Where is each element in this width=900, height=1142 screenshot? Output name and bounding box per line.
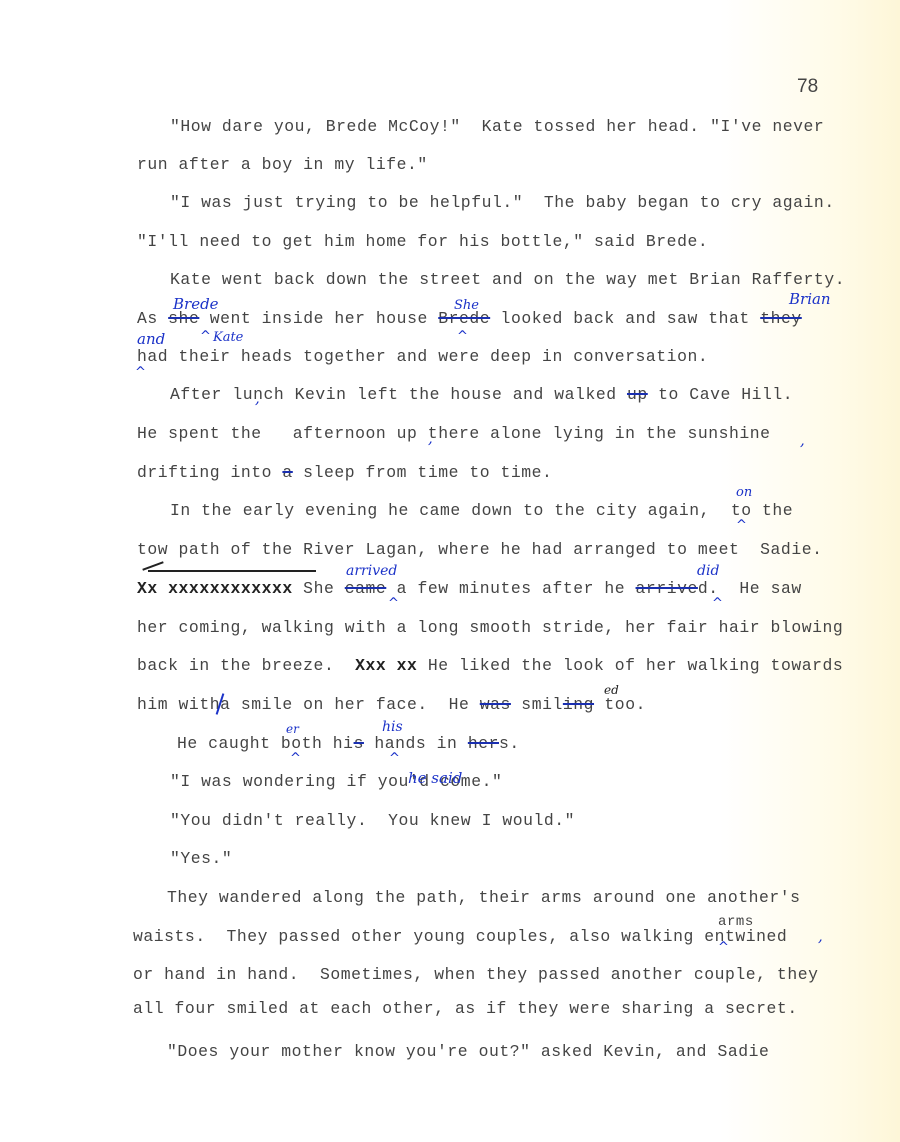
text-line: "I'll need to get him home for his bottl… (137, 232, 708, 252)
handwritten-insert: his (382, 719, 403, 735)
text-line: run after a boy in my life." (137, 155, 428, 175)
struck-word: s (354, 734, 364, 753)
text-line: or hand in hand. Sometimes, when they pa… (133, 965, 818, 985)
caret-mark: ^ (389, 752, 400, 765)
text-line: In the early evening he came down to the… (170, 501, 793, 521)
caret-mark: ^ (200, 330, 211, 343)
text-line: "How dare you, Brede McCoy!" Kate tossed… (170, 117, 824, 137)
handwritten-comma: , (800, 432, 805, 448)
caret-mark: ^ (135, 366, 146, 379)
handwritten-insert: Brian (789, 291, 831, 307)
text-line: all four smiled at each other, as if the… (133, 999, 798, 1019)
struck-word: up (627, 385, 648, 404)
text-line: "Does your mother know you're out?" aske… (167, 1042, 769, 1062)
text-line: back in the breeze. Xxx xx He liked the … (137, 656, 843, 676)
text-line: drifting into a sleep from time to time. (137, 463, 552, 483)
text-line: Kate went back down the street and on th… (170, 270, 845, 290)
page-number: 78 (797, 76, 818, 98)
handwritten-comma: , (255, 390, 260, 406)
struck-word: was (480, 695, 511, 714)
handwritten-insert: Kate (213, 330, 243, 346)
struck-word: arrive (636, 579, 698, 598)
text-line: After lunch Kevin left the house and wal… (170, 385, 793, 405)
arrow-line (148, 570, 316, 572)
caret-mark: ^ (736, 519, 747, 532)
handwritten-insert: ed (604, 682, 619, 698)
handwritten-insert: Brede (173, 296, 219, 312)
text-line: "Yes." (170, 849, 232, 869)
text-line: He caught both his hands in hers. (177, 734, 520, 754)
text-line: He spent the afternoon up there alone ly… (137, 424, 771, 444)
text-line: her coming, walking with a long smooth s… (137, 618, 843, 638)
caret-mark: ^ (718, 941, 729, 954)
caret-mark: ^ (712, 597, 723, 610)
text-line: Xx xxxxxxxxxxxx She came a few minutes a… (137, 579, 802, 599)
handwritten-insert: er (286, 721, 299, 737)
handwritten-insert: on (736, 485, 752, 501)
struck-word: a (282, 463, 292, 482)
text-line: waists. They passed other young couples,… (133, 927, 787, 947)
handwritten-insert: She (454, 298, 479, 314)
struck-word: came (345, 579, 387, 598)
text-line: "I was just trying to be helpful." The b… (170, 193, 835, 213)
struck-word: ing (563, 695, 594, 714)
handwritten-insert: he said (408, 770, 462, 786)
struck-word: they (760, 309, 802, 328)
text-line: him witha smile on her face. He was smil… (137, 695, 646, 715)
handwritten-insert: and (137, 331, 165, 347)
handwritten-comma: , (818, 928, 823, 944)
caret-mark: ^ (457, 330, 468, 343)
handwritten-insert: did (697, 563, 719, 579)
caret-mark: ^ (388, 597, 399, 610)
text-line: had their heads together and were deep i… (137, 347, 708, 367)
handwritten-insert: arrived (346, 563, 397, 579)
text-line: They wandered along the path, their arms… (167, 888, 801, 908)
handwritten-comma: , (428, 430, 433, 446)
caret-mark: ^ (290, 752, 301, 765)
text-line: tow path of the River Lagan, where he ha… (137, 540, 822, 560)
struck-word: her (468, 734, 499, 753)
text-line: "You didn't really. You knew I would." (170, 811, 575, 831)
